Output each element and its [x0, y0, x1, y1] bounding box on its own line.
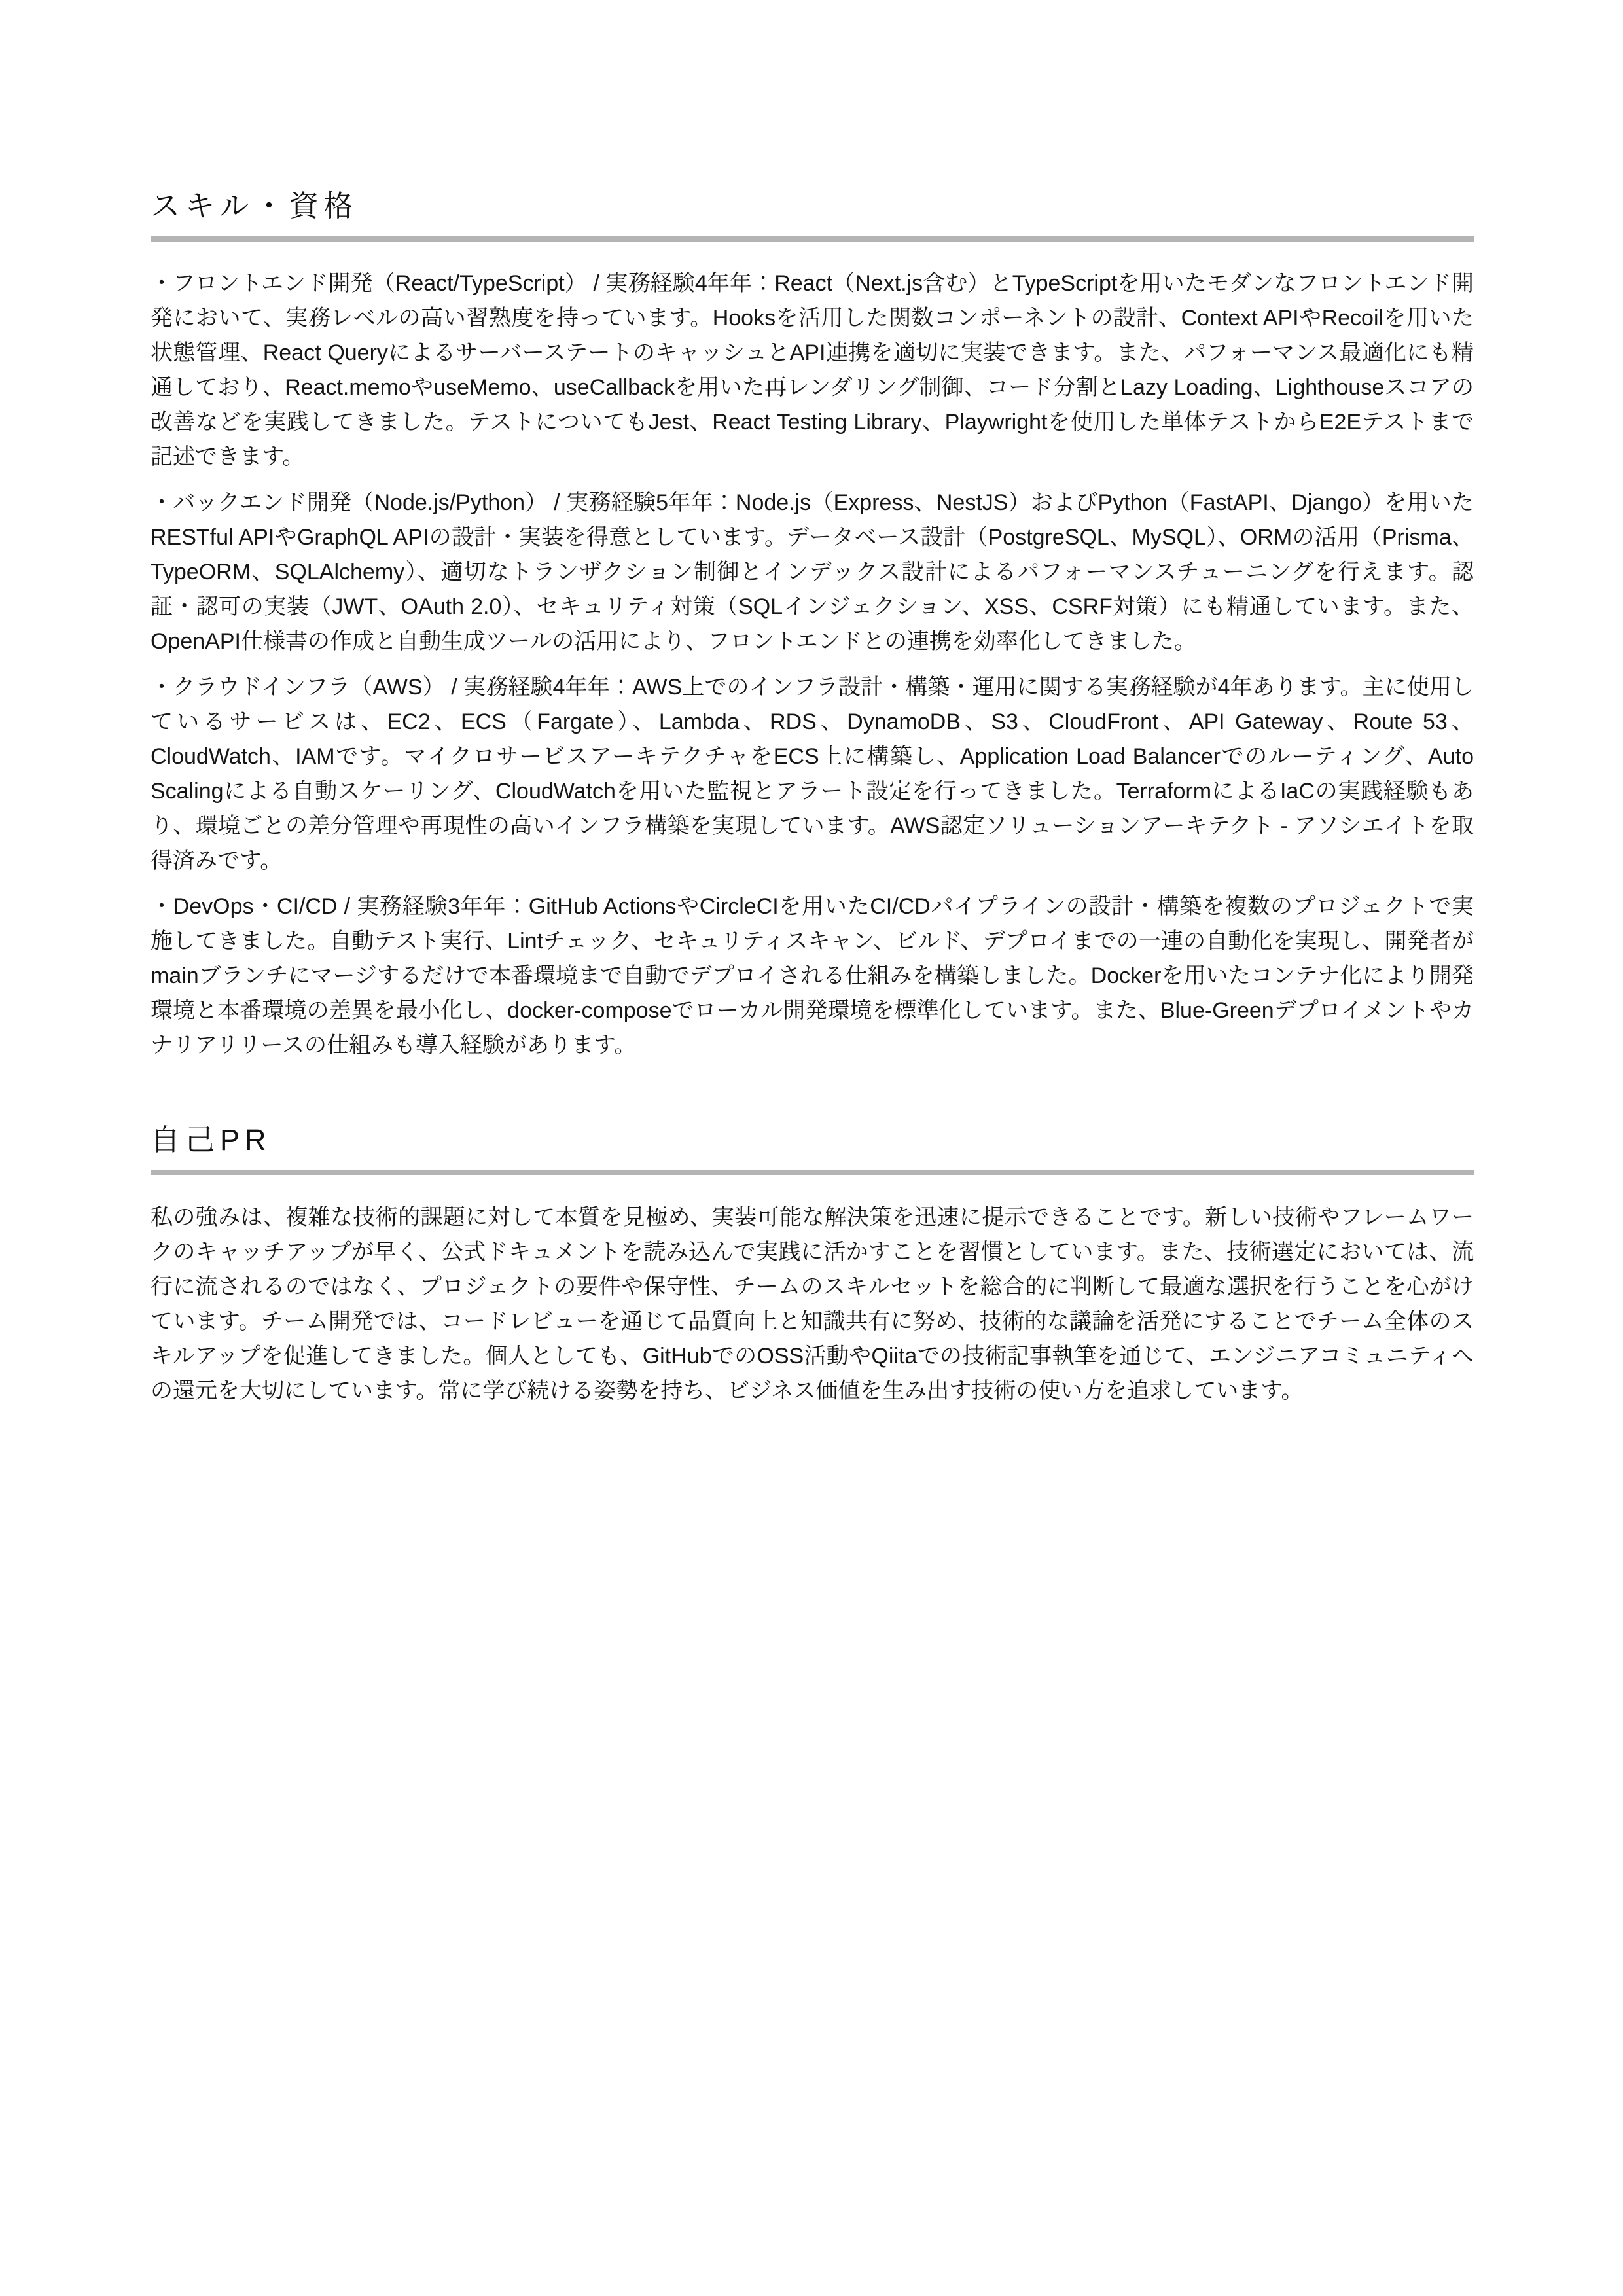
skill-paragraph-backend: ・バックエンド開発（Node.js/Python） / 実務経験5年年：Node…	[151, 486, 1474, 659]
skill-paragraph-frontend: ・フロントエンド開発（React/TypeScript） / 実務経験4年年：R…	[151, 266, 1474, 475]
section-underline	[151, 236, 1474, 242]
section-underline	[151, 1170, 1474, 1175]
section-title-self-pr: 自己PR	[151, 1121, 1474, 1160]
section-self-pr: 自己PR 私の強みは、複雑な技術的課題に対して本質を見極め、実装可能な解決策を迅…	[151, 1121, 1474, 1408]
section-body-skills: ・フロントエンド開発（React/TypeScript） / 実務経験4年年：R…	[151, 266, 1474, 1063]
self-pr-paragraph: 私の強みは、複雑な技術的課題に対して本質を見極め、実装可能な解決策を迅速に提示で…	[151, 1200, 1474, 1408]
resume-page: スキル・資格 ・フロントエンド開発（React/TypeScript） / 実務…	[0, 0, 1623, 2296]
skill-paragraph-cloud: ・クラウドインフラ（AWS） / 実務経験4年年：AWS上でのインフラ設計・構築…	[151, 670, 1474, 878]
skill-paragraph-devops: ・DevOps・CI/CD / 実務経験3年年：GitHub ActionsやC…	[151, 889, 1474, 1063]
section-body-self-pr: 私の強みは、複雑な技術的課題に対して本質を見極め、実装可能な解決策を迅速に提示で…	[151, 1200, 1474, 1408]
section-title-skills: スキル・資格	[151, 187, 1474, 226]
section-skills: スキル・資格 ・フロントエンド開発（React/TypeScript） / 実務…	[151, 187, 1474, 1063]
